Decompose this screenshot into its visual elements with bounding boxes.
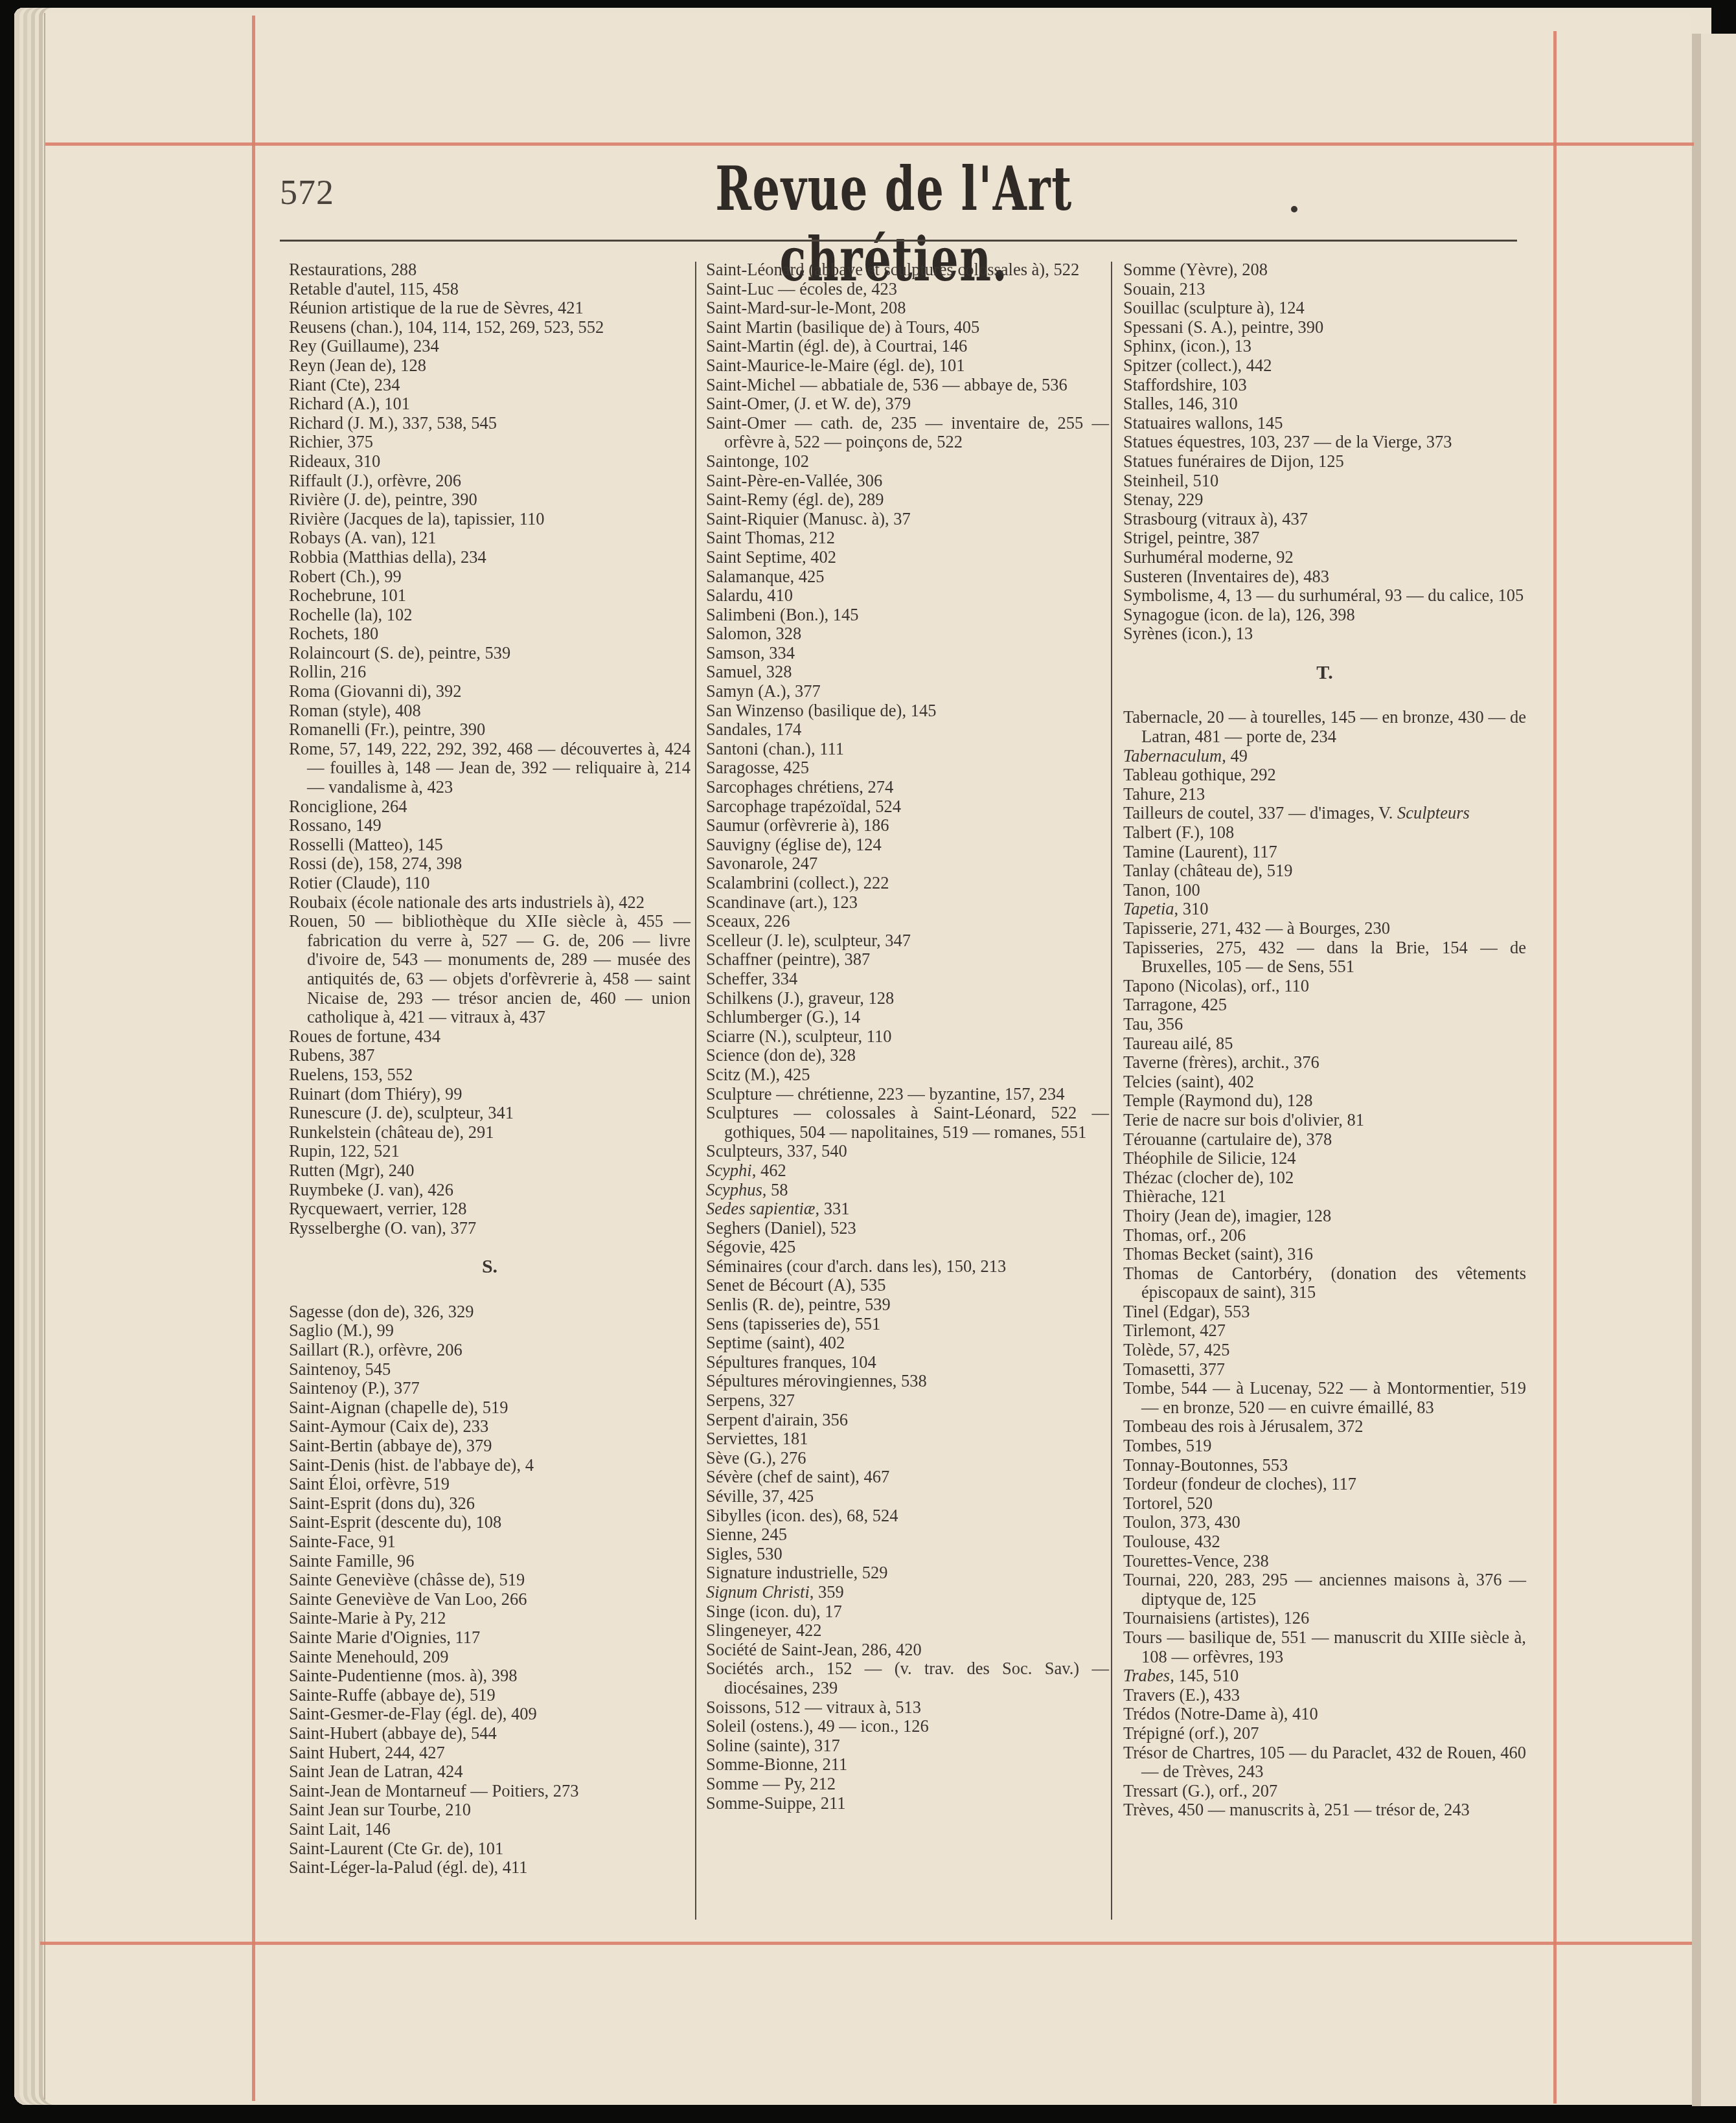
index-entry: Sève (G.), 276 [706,1449,1109,1468]
index-entry: Réunion artistique de la rue de Sèvres, … [289,299,691,318]
index-entry: Rutten (Mgr), 240 [289,1161,691,1181]
index-column-left: Restaurations, 288Retable d'autel, 115, … [289,260,691,1878]
index-entry: Rolaincourt (S. de), peintre, 539 [289,644,691,663]
index-entry: Runkelstein (château de), 291 [289,1123,691,1142]
index-entry: Rubens, 387 [289,1046,691,1065]
index-entry: Rosselli (Matteo), 145 [289,835,691,855]
index-entry: Roubaix (école nationale des arts indust… [289,893,691,913]
index-entry: Ronciglione, 264 [289,797,691,817]
index-entry: Serpent d'airain, 356 [706,1411,1109,1430]
index-entry: Saint-Mard-sur-le-Mont, 208 [706,299,1109,318]
italic-term: Signum Christi [706,1582,810,1602]
index-entry: Thomas de Cantorbéry, (donation des vête… [1123,1264,1526,1302]
index-entry: Sibylles (icon. des), 68, 524 [706,1506,1109,1526]
index-entry: Schilkens (J.), graveur, 128 [706,989,1109,1008]
index-entry: Rochebrune, 101 [289,586,691,606]
index-entry: Tarragone, 425 [1123,995,1526,1015]
index-entry: Saint-Denis (hist. de l'abbaye de), 4 [289,1456,691,1475]
red-rule-right [1553,31,1557,2104]
index-entry: Rivière (Jacques de la), tapissier, 110 [289,510,691,529]
index-entry: Tolède, 57, 425 [1123,1341,1526,1360]
index-entry: Sainte-Ruffe (abbaye de), 519 [289,1686,691,1705]
index-entry: Tau, 356 [1123,1015,1526,1034]
index-entry: Sainte Famille, 96 [289,1552,691,1571]
index-entry: Sphinx, (icon.), 13 [1123,337,1526,356]
index-entry: Saint-Riquier (Manusc. à), 37 [706,510,1109,529]
index-entry: Travers (E.), 433 [1123,1686,1526,1705]
index-entry: Rome, 57, 149, 222, 292, 392, 468 — déco… [289,740,691,797]
index-entry: Tressart (G.), orf., 207 [1123,1782,1526,1801]
italic-term: Sculpteurs [1397,803,1470,823]
index-entry: Ségovie, 425 [706,1238,1109,1257]
index-entry: Tanlay (château de), 519 [1123,861,1526,881]
index-entry: Séville, 37, 425 [706,1487,1109,1506]
index-entry: Richier, 375 [289,433,691,452]
index-entry: Thomas Becket (saint), 316 [1123,1245,1526,1264]
index-entry: Tahure, 213 [1123,785,1526,804]
index-entry: Signature industrielle, 529 [706,1563,1109,1583]
index-entry: Salimbeni (Bon.), 145 [706,606,1109,625]
index-entry: Saint Martin (basilique de) à Tours, 405 [706,318,1109,337]
index-entry: Sépultures mérovingiennes, 538 [706,1372,1109,1391]
index-entry: Rochelle (la), 102 [289,606,691,625]
index-entry: Saint-Remy (égl. de), 289 [706,490,1109,510]
index-entry: Sculpture — chrétienne, 223 — byzantine,… [706,1085,1109,1104]
index-entry: Septime (saint), 402 [706,1334,1109,1353]
index-entry: Rupin, 122, 521 [289,1142,691,1161]
index-entry: Trabes, 145, 510 [1123,1666,1526,1686]
index-entry: Sévère (chef de saint), 467 [706,1468,1109,1487]
index-entry: Sandales, 174 [706,720,1109,740]
index-column-right: Somme (Yèvre), 208Souain, 213Souillac (s… [1123,260,1526,1820]
index-entry: Trépigné (orf.), 207 [1123,1724,1526,1743]
index-entry: Saint-Gesmer-de-Flay (égl. de), 409 [289,1705,691,1724]
index-entry: Somme-Suippe, 211 [706,1794,1109,1813]
index-entry: Sainte Menehould, 209 [289,1648,691,1667]
column-divider-2 [1111,262,1112,1920]
index-entry: Tonnay-Boutonnes, 553 [1123,1456,1526,1475]
column-divider-1 [695,262,696,1920]
index-entry: Richard (J. M.), 337, 538, 545 [289,414,691,433]
index-entry: Riffault (J.), orfèvre, 206 [289,471,691,491]
index-entry: Tabernacle, 20 — à tourelles, 145 — en b… [1123,708,1526,746]
index-entry: Singe (icon. du), 17 [706,1602,1109,1622]
index-entry: Samson, 334 [706,644,1109,663]
index-entry: Sedes sapientiæ, 331 [706,1199,1109,1219]
index-entry: Sienne, 245 [706,1525,1109,1545]
index-entry: Sociétés arch., 152 — (v. trav. des Soc.… [706,1659,1109,1697]
index-entry: Saint-Esprit (dons du), 326 [289,1494,691,1514]
index-entry: Schlumberger (G.), 14 [706,1008,1109,1027]
index-entry: Saintenoy, 545 [289,1360,691,1379]
index-entry: Terie de nacre sur bois d'olivier, 81 [1123,1111,1526,1130]
index-entry: Saint Hubert, 244, 427 [289,1743,691,1763]
index-entry: Saglio (M.), 99 [289,1321,691,1341]
index-entry: Saint-Aignan (chapelle de), 519 [289,1398,691,1418]
index-entry: Sciarre (N.), sculpteur, 110 [706,1027,1109,1047]
index-entry: Rysselberghe (O. van), 377 [289,1219,691,1238]
index-entry: Théophile de Silicie, 124 [1123,1149,1526,1168]
index-entry: Tournaisiens (artistes), 126 [1123,1609,1526,1628]
index-entry: Symbolisme, 4, 13 — du surhuméral, 93 — … [1123,586,1526,606]
index-entry: Société de Saint-Jean, 286, 420 [706,1640,1109,1660]
index-entry: Tombes, 519 [1123,1436,1526,1456]
index-entry: Statuaires wallons, 145 [1123,414,1526,433]
index-entry: Restaurations, 288 [289,260,691,280]
index-entry: Scitz (M.), 425 [706,1065,1109,1085]
index-entry: Spessani (S. A.), peintre, 390 [1123,318,1526,337]
index-entry: Saint Septime, 402 [706,548,1109,567]
index-entry: Robays (A. van), 121 [289,528,691,548]
index-entry: Riant (Cte), 234 [289,376,691,395]
index-entry: Saint-Maurice-le-Maire (égl. de), 101 [706,356,1109,376]
index-entry: Slingeneyer, 422 [706,1621,1109,1640]
index-entry: Sculpteurs, 337, 540 [706,1142,1109,1161]
index-entry: Sainte Geneviève (châsse de), 519 [289,1571,691,1590]
index-entry: Tapono (Nicolas), orf., 110 [1123,977,1526,996]
index-entry: Saint-Michel — abbatiale de, 536 — abbay… [706,376,1109,395]
index-column-middle: Saint-Léonard (abbaye et sculptures colo… [706,260,1109,1813]
index-entry: Saint-Jean de Montarneuf — Poitiers, 273 [289,1782,691,1801]
index-entry: Telcies (saint), 402 [1123,1073,1526,1092]
index-entry: Sainte Geneviève de Van Loo, 266 [289,1590,691,1609]
italic-term: Trabes [1123,1666,1170,1685]
index-entry: Soissons, 512 — vitraux à, 513 [706,1698,1109,1718]
index-entry: Saint Jean de Latran, 424 [289,1762,691,1782]
index-entry: Trèves, 450 — manuscrits à, 251 — trésor… [1123,1800,1526,1820]
index-entry: Saintonge, 102 [706,452,1109,471]
index-entry: Saint-Aymour (Caix de), 233 [289,1417,691,1436]
index-entry: Tapetia, 310 [1123,900,1526,919]
index-entry: Ruymbeke (J. van), 426 [289,1181,691,1200]
index-entry: Taverne (frères), archit., 376 [1123,1053,1526,1073]
index-entry: Saumur (orfèvrerie à), 186 [706,816,1109,835]
index-entry: Science (don de), 328 [706,1046,1109,1065]
index-entry: Ruinart (dom Thiéry), 99 [289,1085,691,1104]
index-entry: Retable d'autel, 115, 458 [289,280,691,299]
index-entry: Statues équestres, 103, 237 — de la Vier… [1123,433,1526,452]
index-entry: Rycquewaert, verrier, 128 [289,1199,691,1219]
index-entry: Roma (Giovanni di), 392 [289,682,691,701]
index-entry: Stenay, 229 [1123,490,1526,510]
index-entry: Saint-Omer — cath. de, 235 — inventaire … [706,414,1109,452]
index-entry: Serpens, 327 [706,1391,1109,1411]
italic-term: Scyphi [706,1161,752,1180]
index-entry: Souain, 213 [1123,280,1526,299]
index-entry: Saint-Omer, (J. et W. de), 379 [706,394,1109,414]
index-entry: Sculptures — colossales à Saint-Léonard,… [706,1104,1109,1142]
index-entry: Rochets, 180 [289,624,691,644]
index-entry: Salardu, 410 [706,586,1109,606]
index-entry: Sépultures franques, 104 [706,1353,1109,1372]
index-entry: Senet de Bécourt (A), 535 [706,1276,1109,1295]
header-ornament-dot [1291,206,1297,212]
index-entry: Saint Lait, 146 [289,1820,691,1839]
index-entry: Richard (A.), 101 [289,394,691,414]
index-entry: Souillac (sculpture à), 124 [1123,299,1526,318]
index-entry: Schaffner (peintre), 387 [706,950,1109,970]
index-entry: Thoiry (Jean de), imagier, 128 [1123,1207,1526,1226]
index-entry: Trésor de Chartres, 105 — du Paraclet, 4… [1123,1743,1526,1782]
index-entry: Saint-Hubert (abbaye de), 544 [289,1724,691,1743]
index-entry: Tombe, 544 — à Lucenay, 522 — à Montorme… [1123,1379,1526,1417]
index-entry: Saint-Père-en-Vallée, 306 [706,471,1109,491]
index-entry: Sens (tapisseries de), 551 [706,1315,1109,1334]
facing-page-edge [1692,34,1736,2106]
index-entry: Sagesse (don de), 326, 329 [289,1302,691,1322]
index-entry: Rivière (J. de), peintre, 390 [289,490,691,510]
index-entry: Rideaux, 310 [289,452,691,471]
index-entry: Sarcophage trapézoïdal, 524 [706,797,1109,817]
index-entry: Robbia (Matthias della), 234 [289,548,691,567]
index-entry: Strasbourg (vitraux à), 437 [1123,510,1526,529]
index-entry: Toulouse, 432 [1123,1532,1526,1552]
index-entry: Somme-Bionne, 211 [706,1755,1109,1775]
index-entry: Tomasetti, 377 [1123,1360,1526,1379]
index-entry: Tableau gothique, 292 [1123,766,1526,785]
index-entry: Staffordshire, 103 [1123,376,1526,395]
index-entry: Tours — basilique de, 551 — manuscrit du… [1123,1628,1526,1666]
index-entry: Robert (Ch.), 99 [289,567,691,587]
index-entry: Rouen, 50 — bibliothèque du XIIe siècle … [289,912,691,1027]
index-entry: Roman (style), 408 [289,701,691,721]
italic-term: Tapetia [1123,899,1174,918]
red-rule-bottom [40,1942,1692,1945]
index-entry: Seghers (Daniel), 523 [706,1219,1109,1238]
red-rule-left [252,16,255,2101]
index-entry: Savonarole, 247 [706,854,1109,874]
index-entry: Sceaux, 226 [706,912,1109,931]
index-entry: Saint-Laurent (Cte Gr. de), 101 [289,1839,691,1859]
index-entry: Susteren (Inventaires de), 483 [1123,567,1526,587]
index-entry: Saillart (R.), orfèvre, 206 [289,1341,691,1360]
index-entry: San Winzenso (basilique de), 145 [706,701,1109,721]
index-entry: Thièrache, 121 [1123,1187,1526,1207]
index-entry: Saintenoy (P.), 377 [289,1379,691,1398]
index-entry: Reyn (Jean de), 128 [289,356,691,376]
index-entry: Toulon, 373, 430 [1123,1513,1526,1532]
red-rule-top [45,142,1694,146]
index-entry: Saint Jean sur Tourbe, 210 [289,1800,691,1820]
index-entry: Tailleurs de coutel, 337 — d'images, V. … [1123,804,1526,823]
index-entry: Saint-Léger-la-Palud (égl. de), 411 [289,1858,691,1878]
index-entry: Térouanne (cartulaire de), 378 [1123,1130,1526,1150]
italic-term: Scyphus [706,1180,762,1199]
index-entry: Synagogue (icon. de la), 126, 398 [1123,606,1526,625]
index-entry: Statues funéraires de Dijon, 125 [1123,452,1526,471]
index-entry: Santoni (chan.), 111 [706,740,1109,759]
index-entry: Tinel (Edgar), 553 [1123,1302,1526,1322]
index-entry: Runescure (J. de), sculpteur, 341 [289,1104,691,1123]
index-entry: Sainte-Face, 91 [289,1532,691,1552]
index-entry: Saint Éloi, orfèvre, 519 [289,1475,691,1494]
index-entry: Signum Christi, 359 [706,1583,1109,1602]
index-entry: Tapisseries, 275, 432 — dans la Brie, 15… [1123,938,1526,977]
index-entry: Scyphi, 462 [706,1161,1109,1181]
section-letter: S. [289,1257,691,1277]
index-entry: Tamine (Laurent), 117 [1123,843,1526,862]
index-entry: Taureau ailé, 85 [1123,1034,1526,1054]
index-entry: Temple (Raymond du), 128 [1123,1091,1526,1111]
index-entry: Stalles, 146, 310 [1123,394,1526,414]
index-entry: Talbert (F.), 108 [1123,823,1526,843]
index-entry: Scandinave (art.), 123 [706,893,1109,913]
index-entry: Somme — Py, 212 [706,1775,1109,1794]
index-entry: Scheffer, 334 [706,970,1109,989]
index-entry: Strigel, peintre, 387 [1123,528,1526,548]
italic-term: Sedes sapientiæ [706,1199,816,1218]
index-entry: Tordeur (fondeur de cloches), 117 [1123,1475,1526,1494]
index-entry: Soleil (ostens.), 49 — icon., 126 [706,1717,1109,1736]
index-entry: Sainte Marie d'Oignies, 117 [289,1628,691,1648]
index-entry: Tourettes-Vence, 238 [1123,1552,1526,1571]
index-entry: Samyn (A.), 377 [706,682,1109,701]
index-entry: Tirlemont, 427 [1123,1321,1526,1341]
index-entry: Reusens (chan.), 104, 114, 152, 269, 523… [289,318,691,337]
index-entry: Soline (sainte), 317 [706,1736,1109,1756]
index-entry: Tournai, 220, 283, 295 — anciennes maiso… [1123,1571,1526,1609]
index-entry: Surhuméral moderne, 92 [1123,548,1526,567]
index-entry: Salomon, 328 [706,624,1109,644]
index-entry: Rey (Guillaume), 234 [289,337,691,356]
index-entry: Rossi (de), 158, 274, 398 [289,854,691,874]
index-entry: Steinheil, 510 [1123,471,1526,491]
index-entry: Somme (Yèvre), 208 [1123,260,1526,280]
index-entry: Scelleur (J. le), sculpteur, 347 [706,931,1109,951]
section-letter: T. [1123,663,1526,683]
index-entry: Scyphus, 58 [706,1181,1109,1200]
index-entry: Serviettes, 181 [706,1429,1109,1449]
index-entry: Saint-Martin (égl. de), à Courtrai, 146 [706,337,1109,356]
index-entry: Scalambrini (collect.), 222 [706,874,1109,893]
index-entry: Saragosse, 425 [706,758,1109,778]
index-entry: Séminaires (cour d'arch. dans les), 150,… [706,1257,1109,1277]
index-entry: Sarcophages chrétiens, 274 [706,778,1109,797]
index-entry: Sainte-Marie à Py, 212 [289,1609,691,1628]
index-entry: Tombeau des rois à Jérusalem, 372 [1123,1417,1526,1436]
index-entry: Rossano, 149 [289,816,691,835]
index-entry: Romanelli (Fr.), peintre, 390 [289,720,691,740]
index-entry: Sigles, 530 [706,1545,1109,1564]
italic-term: Tabernaculum [1123,746,1222,766]
index-entry: Saint-Luc — écoles de, 423 [706,280,1109,299]
index-entry: Trédos (Notre-Dame à), 410 [1123,1705,1526,1724]
index-entry: Sauvigny (église de), 124 [706,835,1109,855]
index-entry: Salamanque, 425 [706,567,1109,587]
index-entry: Tanon, 100 [1123,881,1526,900]
page-number: 572 [280,172,334,212]
index-entry: Syrènes (icon.), 13 [1123,624,1526,644]
header-rule [280,240,1517,242]
index-entry: Tabernaculum, 49 [1123,747,1526,766]
index-entry: Roues de fortune, 434 [289,1027,691,1047]
index-entry: Sainte-Pudentienne (mos. à), 398 [289,1666,691,1686]
index-entry: Saint-Léonard (abbaye et sculptures colo… [706,260,1109,280]
index-entry: Saint Thomas, 212 [706,528,1109,548]
index-entry: Samuel, 328 [706,663,1109,682]
index-entry: Thézac (clocher de), 102 [1123,1168,1526,1188]
index-entry: Thomas, orf., 206 [1123,1226,1526,1245]
index-entry: Spitzer (collect.), 442 [1123,356,1526,376]
index-entry: Tapisserie, 271, 432 — à Bourges, 230 [1123,919,1526,938]
index-entry: Senlis (R. de), peintre, 539 [706,1295,1109,1315]
index-entry: Rollin, 216 [289,663,691,682]
index-entry: Ruelens, 153, 552 [289,1065,691,1085]
index-entry: Saint-Esprit (descente du), 108 [289,1513,691,1532]
index-entry: Rotier (Claude), 110 [289,874,691,893]
index-entry: Tortorel, 520 [1123,1494,1526,1514]
index-entry: Saint-Bertin (abbaye de), 379 [289,1436,691,1456]
